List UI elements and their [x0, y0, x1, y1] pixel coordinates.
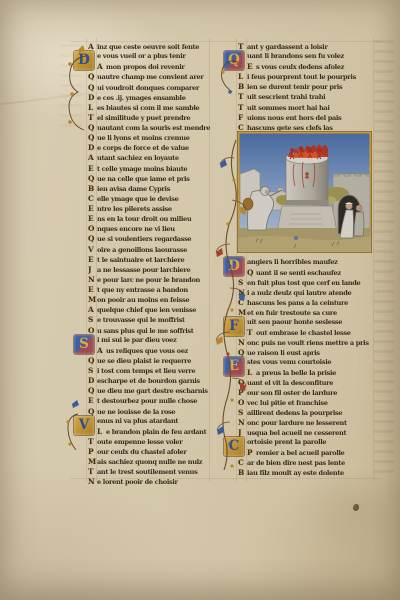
verse-text: onc puis ne voult riens mettre a pris [247, 339, 369, 347]
verse-line: La preus la belle la prisie [247, 368, 372, 378]
line-capital: J [88, 265, 97, 274]
verse-text: inz que ceste oeuvre soit fente [97, 43, 199, 51]
verse-line: Ni a nulz deulz qui lautre atende [238, 288, 372, 298]
verse-line: Les biautes si com il me samble [88, 103, 210, 113]
line-capital: D [88, 143, 97, 152]
line-capital: L [97, 427, 106, 436]
line-capital: V [88, 245, 97, 254]
verse-text: ue raison li eust apris [247, 349, 320, 357]
verse-text: ntre les pilerets assise [97, 205, 172, 213]
verse-line: Fuions nous ent hors del pais [238, 113, 372, 123]
verse-line: Onques encore ne vi lieu [88, 224, 210, 234]
blue-flower [294, 236, 298, 240]
verse-line: Que raison li eust apris [238, 348, 372, 358]
line-capital: A [97, 346, 106, 355]
verse-text: uit sen paour honte seslesse [247, 318, 342, 326]
verse-line: Ou sans plus qui le me soffrist [88, 326, 210, 336]
line-capital: D [88, 376, 97, 385]
verse-line: Pour ceulx du chastel afoler [88, 447, 210, 457]
line-capital: O [88, 224, 97, 233]
verse-text: t que ny entrasse a bandon [97, 286, 188, 294]
verse-line: Es vous ceulx dedens afolez [247, 62, 372, 72]
verse-line: Tant y gardassent a loisir [238, 42, 372, 52]
verse-text: us reliques que vous oez [106, 347, 188, 355]
verse-text: ue li lyons et moins cremue [97, 134, 190, 142]
line-capital: Q [88, 174, 97, 183]
verse-text: e trouvasse qui le moffrist [97, 316, 185, 324]
verse-line: Et le saintuaire et larchiere [88, 255, 210, 265]
verse-line: Ne lorent pooir de choisir [88, 477, 210, 487]
verse-text: ortoisie prent la parolle [247, 438, 326, 446]
line-capital: E [88, 204, 97, 213]
verse-text: on pooir au moins en feisse [97, 296, 189, 304]
verse-text: uant il se senti eschaufez [256, 269, 341, 277]
verse-text: t celle ymage moins biaute [97, 165, 187, 173]
ivy-vine-border [212, 140, 250, 470]
verse-line: Entre les pilerets assise [88, 204, 210, 214]
verse-text: ns en la tour droit ou milieu [97, 215, 191, 223]
verse-text: mon propos doi revenir [106, 63, 185, 71]
miniature-burning-tower [236, 130, 373, 254]
verse-text: elle ymage que ie devise [97, 195, 178, 203]
verse-text: el similitude y puet prendre [97, 114, 190, 122]
right-text-column-above: Tant y gardassent a loisirQuant li brand… [238, 42, 372, 133]
verse-line: Aquelque chief que ien venisse [88, 305, 210, 315]
verse-text: e ces .ij. ymages ensamble [97, 94, 186, 102]
verse-line: Li feus pourprent tout le pourpris [238, 72, 372, 82]
verse-line: Celle ymage que ie devise [88, 194, 210, 204]
verse-text: uions nous ent hors del pais [247, 114, 341, 122]
verse-text: ue ne iouisse de la rose [97, 408, 175, 416]
verse-text: iau filz moult ay este dolente [247, 469, 344, 477]
verse-text: s vous ceulx dedens afolez [256, 63, 344, 71]
verse-line: Que si voulentiers regardasse [88, 234, 210, 244]
line-capital: A [88, 153, 97, 162]
verse-text: vec lui pitie et franchise [247, 399, 328, 407]
line-capital: E [88, 214, 97, 223]
verse-text: ien se durent tenir pour pris [247, 83, 342, 91]
verse-text: uant el vit la desconfiture [247, 379, 333, 387]
ink-blot [353, 504, 359, 511]
verse-line: Si tost com temps et lieu verre [88, 366, 210, 376]
verse-text: e pour larc ne pour le brandon [97, 276, 200, 284]
verse-text: e vous vueil or a plus tenir [97, 52, 186, 60]
verse-line: Nonc puis ne voult riens mettre a pris [238, 338, 372, 348]
verse-line: Tuit sescrient trahi trahi [238, 92, 372, 102]
verse-line: Qui voudroit donques comparer [88, 83, 210, 93]
line-capital: E [88, 285, 97, 294]
verse-text: quelque chief que ien venisse [97, 306, 196, 314]
line-capital: Q [88, 386, 97, 395]
verse-text: out embrase le chastel lesse [256, 329, 351, 337]
verse-text: nques encore ne vi lieu [97, 225, 175, 233]
illuminated-initial: S [74, 335, 94, 354]
verse-line: Et celle ymage moins biaute [88, 164, 210, 174]
line-capital: M [88, 295, 97, 304]
verse-text: e brandon plain de feu ardant [106, 428, 206, 436]
line-capital: E [88, 396, 97, 405]
verse-line: Que na celle que iame et pris [88, 174, 210, 184]
verse-text: uautre champ me convient arer [97, 73, 203, 81]
verse-text: aillirent dedens la pourprise [247, 409, 342, 417]
verse-line: Se trouvasse qui le moffrist [88, 315, 210, 325]
verse-line: Aus reliques que vous oez [97, 346, 210, 356]
line-capital: O [88, 326, 97, 335]
verse-text: ui voudroit donques comparer [97, 84, 199, 92]
verse-text: uit sommes mort hai hai [247, 104, 330, 112]
verse-text: uant li brandons sen fu volez [247, 52, 344, 60]
verse-line: Ens en la tour droit ou milieu [88, 214, 210, 224]
verse-line: Quant el vit la desconfiture [238, 378, 372, 388]
verse-text: u sans plus qui le me soffrist [97, 327, 193, 335]
verse-line: Pour son fil oster de lardure [238, 388, 372, 398]
verse-line: De corps de force et de value [88, 143, 210, 153]
verse-line: Et destourbez pour nulle chose [88, 396, 210, 406]
verse-line: Descharpe et de bourdon garnis [88, 376, 210, 386]
verse-text: escharpe et de bourdon garnis [97, 377, 200, 385]
verse-line: Toute empenne lesse voler [88, 437, 210, 447]
verse-line: angiers li horribles maufez [247, 258, 372, 268]
line-capital: Q [88, 234, 97, 243]
verse-text: our ceulx du chastel afoler [97, 448, 186, 456]
verse-text: stes vous venu courtoisie [247, 358, 331, 366]
verse-line: uant li brandons sen fu volez [247, 52, 372, 62]
verse-line: Amon propos doi revenir [97, 62, 210, 72]
line-capital: N [88, 275, 97, 284]
verse-line: Tuit sommes mort hai hai [238, 103, 372, 113]
line-capital: M [88, 457, 97, 466]
verse-line: Nonc pour lardure ne lesserent [238, 418, 372, 428]
verse-text: enus ni va plus atardant [97, 417, 178, 425]
verse-line: Ovec lui pitie et franchise [238, 398, 372, 408]
line-capital: F [238, 113, 247, 122]
verse-text: a preus la belle la prisie [256, 369, 336, 377]
penwork-spray-initial-q [218, 42, 240, 100]
line-capital: E [88, 164, 97, 173]
verse-text: i a nulz deulz qui lautre atende [247, 289, 351, 297]
verse-text: es biautes si com il me samble [97, 104, 199, 112]
verse-line: Ne pour larc ne pour le brandon [88, 275, 210, 285]
verse-text: utant sachiez en loyaute [97, 154, 179, 162]
ruling-line [373, 38, 374, 482]
penwork-spray-top-left [62, 42, 90, 142]
verse-text: uautant com la souris est mendre [97, 124, 210, 132]
verse-line: Biau filz moult ay este dolente [238, 468, 372, 478]
penwork-spray-initial-v [62, 400, 80, 458]
verse-line: Car de bien dire nest pas lente [238, 458, 372, 468]
verse-text: angiers li horribles maufez [247, 258, 338, 266]
line-capital: Q [88, 407, 97, 416]
right-text-column-below: Dangiers li horribles maufezQuant il se … [238, 258, 372, 478]
verse-text: ue dieu me gart destre escharnis [97, 387, 208, 395]
verse-line: Tel similitude y puet prendre [88, 113, 210, 123]
verse-line: Que se dieu plaist ie requerre [88, 356, 210, 366]
line-capital: T [88, 437, 97, 446]
line-capital: S [88, 315, 97, 324]
line-capital: E [88, 255, 97, 264]
verse-text: onc pour lardure ne lesserent [247, 419, 347, 427]
line-capital: A [88, 305, 97, 314]
verse-line: Quant il se senti eschaufez [247, 268, 372, 278]
verse-line: Sen fuit plus tost que cerf en lande [238, 278, 372, 288]
verse-text: oire a genoillons laourasse [97, 246, 187, 254]
verse-line: e vous vueil or a plus tenir [97, 52, 210, 62]
verse-line: Le brandon plain de feu ardant [97, 427, 210, 437]
verse-line: De ces .ij. ymages ensamble [88, 93, 210, 103]
line-capital: C [88, 194, 97, 203]
verse-line: uit sen paour honte seslesse [247, 318, 372, 328]
verse-line: Ainz que ceste oeuvre soit fente [88, 42, 210, 52]
verse-line: Mais sachiez quonq nulle ne nulz [88, 457, 210, 467]
verse-text: ant le trest soutilement venus [97, 468, 197, 476]
line-capital: B [88, 184, 97, 193]
verse-text: remier a bel acueil parolle [256, 449, 344, 457]
verse-text: ien avisa dame Cypris [97, 185, 170, 193]
verse-line: Bien se durent tenir pour pris [238, 82, 372, 92]
verse-line: Premier a bel acueil parolle [247, 448, 372, 458]
verse-text: i mi sui ie par dieu voez [97, 336, 176, 344]
verse-text: oute empenne lesse voler [97, 438, 182, 446]
verse-text: t le saintuaire et larchiere [97, 256, 184, 264]
verse-text: ant y gardassent a loisir [247, 43, 327, 51]
line-capital: N [88, 477, 97, 486]
verse-line: Bien avisa dame Cypris [88, 184, 210, 194]
verse-line: Que dieu me gart destre escharnis [88, 386, 210, 396]
verse-text: ue si voulentiers regardasse [97, 235, 191, 243]
verse-line: Voire a genoillons laourasse [88, 245, 210, 255]
verse-text: ais sachiez quonq nulle ne nulz [97, 458, 202, 466]
verse-line: Saillirent dedens la pourprise [238, 408, 372, 418]
verse-text: e lorent pooir de choisir [97, 478, 178, 486]
verse-line: Tant le trest soutilement venus [88, 467, 210, 477]
verse-text: en fuit plus tost que cerf en lande [247, 279, 360, 287]
verse-line: Quautre champ me convient arer [88, 72, 210, 82]
verse-line: enus ni va plus atardant [97, 417, 210, 427]
verse-text: e corps de force et de value [97, 144, 189, 152]
verse-text: i tost com temps et lieu verre [97, 367, 195, 375]
line-capital: S [88, 366, 97, 375]
verse-text: i feus pourprent tout le pourpris [247, 73, 356, 81]
verse-text: t destourbez pour nulle chose [97, 397, 197, 405]
verse-text: usqua bel acueil ne cesserent [247, 429, 346, 437]
verse-line: Chascuns les pans a la ceinture [238, 298, 372, 308]
ivy-leaves [216, 159, 246, 468]
verse-line: Autant sachiez en loyaute [88, 153, 210, 163]
verse-line: Que ne iouisse de la rose [88, 407, 210, 417]
line-capital: P [88, 447, 97, 456]
line-capital: T [88, 467, 97, 476]
manuscript-page: Ainz que ceste oeuvre soit fenteDe vous … [0, 0, 400, 600]
verse-line: Ja ne lessasse pour larchiere [88, 265, 210, 275]
verse-text: hascuns les pans a la ceinture [247, 299, 348, 307]
verse-line: i mi sui ie par dieu voez [97, 336, 210, 346]
verse-line: Jusqua bel acueil ne cesserent [238, 428, 372, 438]
verse-text: ar de bien dire nest pas lente [247, 459, 345, 467]
line-capital: A [97, 62, 106, 71]
line-capital: T [238, 103, 247, 112]
verse-text: a ne lessasse pour larchiere [97, 266, 190, 274]
verse-line: Et que ny entrasse a bandon [88, 285, 210, 295]
verse-line: Mon pooir au moins en feisse [88, 295, 210, 305]
verso-show-through [374, 40, 394, 480]
verse-text: ue na celle que iame et pris [97, 175, 190, 183]
verse-text: our son fil oster de lardure [247, 389, 337, 397]
verse-line: Quautant com la souris est mendre [88, 123, 210, 133]
verse-line: Que li lyons et moins cremue [88, 133, 210, 143]
left-text-column: Ainz que ceste oeuvre soit fenteDe vous … [88, 42, 210, 488]
verse-line: ortoisie prent la parolle [247, 438, 372, 448]
verse-line: Tout embrase le chastel lesse [247, 328, 372, 338]
line-capital: Q [88, 356, 97, 365]
verse-line: Met en fuir trestoute sa cure [238, 308, 372, 318]
verse-line: stes vous venu courtoisie [247, 358, 372, 368]
verse-text: ue se dieu plaist ie requerre [97, 357, 191, 365]
verse-text: uit sescrient trahi trahi [247, 93, 325, 101]
verse-text: et en fuir trestoute sa cure [247, 309, 337, 317]
line-capital: E [247, 62, 256, 71]
